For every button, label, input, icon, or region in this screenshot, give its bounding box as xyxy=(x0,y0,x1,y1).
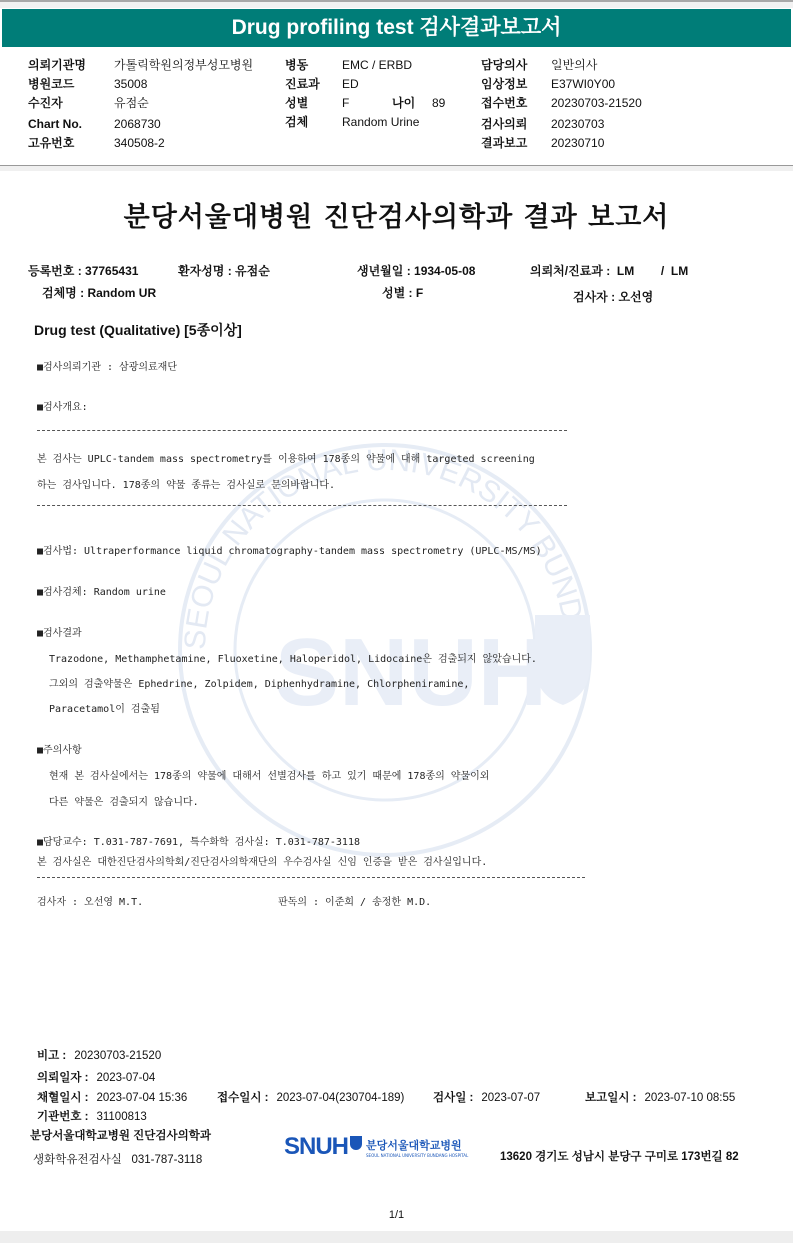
header-col2: 병동EMC / ERBD 진료과ED 성별F나이89 검체Random Urin… xyxy=(285,57,445,133)
request-date: 의뢰일자 :2023-07-04 xyxy=(37,1069,155,1085)
value: 2023-07-04 xyxy=(96,1072,155,1084)
result-line-1: Trazodone, Methamphetamine, Fluoxetine, … xyxy=(49,650,537,665)
report-title: 분당서울대병원 진단검사의학과 결과 보고서 xyxy=(0,195,793,234)
test-name: Drug test (Qualitative) [5종이상] xyxy=(34,320,242,340)
label: 의뢰일자 : xyxy=(37,1072,88,1084)
reg-no: 등록번호 : 37765431 xyxy=(28,262,138,279)
age-label: 나이 xyxy=(392,95,432,114)
header-separator-shadow xyxy=(0,166,793,171)
institution-line: ■검사의뢰기관 : 삼광의료재단 xyxy=(37,358,177,373)
sex: 성별 : F xyxy=(382,284,423,301)
label: 결과보고 xyxy=(481,135,551,154)
age-value: 89 xyxy=(432,95,445,114)
dashed-divider xyxy=(37,430,567,431)
shield-icon xyxy=(350,1136,362,1150)
tester-signature: 검사자 : 오선영 M.T. xyxy=(37,893,143,908)
value: 가톨릭학원의정부성모병원 xyxy=(114,57,253,76)
label: 고유번호 xyxy=(28,135,114,154)
label: 병동 xyxy=(285,57,342,76)
label: 성별 xyxy=(285,95,342,114)
reader-signature: 판독의 : 이준희 / 송정한 M.D. xyxy=(278,893,431,908)
institution-number: 기관번호 :31100813 xyxy=(37,1108,147,1124)
logo-text: SNUH xyxy=(284,1133,348,1161)
value: 일반의사 xyxy=(551,57,597,76)
test-date: 검사일 :2023-07-07 xyxy=(433,1089,540,1105)
label: 검체 xyxy=(285,114,342,133)
value: Random Urine xyxy=(342,114,419,133)
value: E37WI0Y00 xyxy=(551,76,615,95)
result-line-3: Paracetamol이 검출됨 xyxy=(49,700,160,715)
dashed-divider xyxy=(37,877,585,878)
value: ED xyxy=(342,76,359,95)
caution-line-1: 현재 본 검사실에서는 178종의 약물에 대해서 선별검사를 하고 있기 때문… xyxy=(49,767,489,782)
value: 35008 xyxy=(114,76,147,95)
label: 임상정보 xyxy=(481,76,551,95)
collect-datetime: 채혈일시 :2023-07-04 15:36 xyxy=(37,1089,187,1105)
label: 검사의뢰 xyxy=(481,116,551,135)
label: 접수일시 : xyxy=(217,1092,268,1104)
note: 비고 :20230703-21520 xyxy=(37,1047,161,1063)
value: 340508-2 xyxy=(114,135,165,154)
value: 유점순 xyxy=(114,95,149,114)
overview-line-2: 하는 검사입니다. 178종의 약물 종류는 검사실로 문의바랍니다. xyxy=(37,476,335,491)
report-datetime: 보고일시 :2023-07-10 08:55 xyxy=(585,1089,735,1105)
label: 접수번호 xyxy=(481,95,551,114)
value: 2023-07-04 15:36 xyxy=(96,1092,187,1104)
label: 병원코드 xyxy=(28,76,114,95)
value: F xyxy=(342,95,392,114)
logo-korean-name: 분당서울대학교병원 xyxy=(366,1137,468,1153)
label: 진료과 xyxy=(285,76,342,95)
logo-english-name: SEOUL NATIONAL UNIVERSITY BUNDANG HOSPIT… xyxy=(366,1153,468,1158)
top-gap xyxy=(0,2,793,8)
bottom-bar xyxy=(0,1231,793,1243)
label: 의뢰기관명 xyxy=(28,57,114,76)
page-number: 1/1 xyxy=(0,1209,793,1221)
tester: 검사자 : 오선영 xyxy=(573,288,653,305)
value: EMC / ERBD xyxy=(342,57,412,76)
label: 채혈일시 : xyxy=(37,1092,88,1104)
label: 기관번호 : xyxy=(37,1111,88,1123)
value: 2023-07-07 xyxy=(481,1092,540,1104)
label: 비고 : xyxy=(37,1050,66,1062)
label: 보고일시 : xyxy=(585,1092,636,1104)
dashed-divider xyxy=(37,505,567,506)
result-line-2: 그외의 검출약물은 Ephedrine, Zolpidem, Diphenhyd… xyxy=(49,675,469,690)
lab-phone: 생화학유전검사실 031-787-3118 xyxy=(33,1151,202,1167)
specimen-name: 검체명 : Random UR xyxy=(42,284,156,301)
header-col1: 의뢰기관명가톨릭학원의정부성모병원 병원코드35008 수진자유점순 Chart… xyxy=(28,57,253,154)
value: 2023-07-04(230704-189) xyxy=(276,1092,404,1104)
svg-text:SNUH: SNUH xyxy=(275,619,547,726)
overview-line-1: 본 검사는 UPLC-tandem mass spectrometry를 이용하… xyxy=(37,450,535,465)
value: 2068730 xyxy=(114,116,161,135)
value: 20230703 xyxy=(551,116,604,135)
value: 20230703-21520 xyxy=(551,95,642,114)
report-banner: Drug profiling test 검사결과보고서 xyxy=(2,9,791,47)
contact-line: ■담당교수: T.031-787-7691, 특수화학 검사실: T.031-7… xyxy=(37,833,360,848)
header-col3: 담당의사일반의사 임상정보E37WI0Y00 접수번호20230703-2152… xyxy=(481,57,642,154)
specimen-line: ■검사검체: Random urine xyxy=(37,583,166,598)
address: 13620 경기도 성남시 분당구 구미로 173번길 82 xyxy=(500,1148,739,1164)
overview-heading: ■검사개요: xyxy=(37,398,88,413)
referring-dept: 의뢰처/진료과 : LM / LM xyxy=(530,262,688,279)
value: 31100813 xyxy=(96,1111,146,1123)
value: 20230710 xyxy=(551,135,604,154)
date-of-birth: 생년월일 : 1934-05-08 xyxy=(357,262,475,279)
patient-name: 환자성명 : 유점순 xyxy=(178,262,270,279)
label: Chart No. xyxy=(28,116,114,135)
snuh-logo: SNUH 분당서울대학교병원 SEOUL NATIONAL UNIVERSITY… xyxy=(284,1133,468,1161)
department-name: 분당서울대학교병원 진단검사의학과 xyxy=(30,1127,211,1143)
value: 20230703-21520 xyxy=(74,1050,161,1062)
caution-line-2: 다른 약물은 검출되지 않습니다. xyxy=(49,793,199,808)
receive-datetime: 접수일시 :2023-07-04(230704-189) xyxy=(217,1089,404,1105)
certification-line: 본 검사실은 대한진단검사의학회/진단검사의학재단의 우수검사실 신임 인증을 … xyxy=(37,853,487,868)
label: 담당의사 xyxy=(481,57,551,76)
caution-heading: ■주의사항 xyxy=(37,741,82,756)
value: 2023-07-10 08:55 xyxy=(644,1092,735,1104)
label: 검사일 : xyxy=(433,1092,473,1104)
label: 수진자 xyxy=(28,95,114,114)
method-line: ■검사법: Ultraperformance liquid chromatogr… xyxy=(37,542,542,557)
result-heading: ■검사결과 xyxy=(37,624,82,639)
